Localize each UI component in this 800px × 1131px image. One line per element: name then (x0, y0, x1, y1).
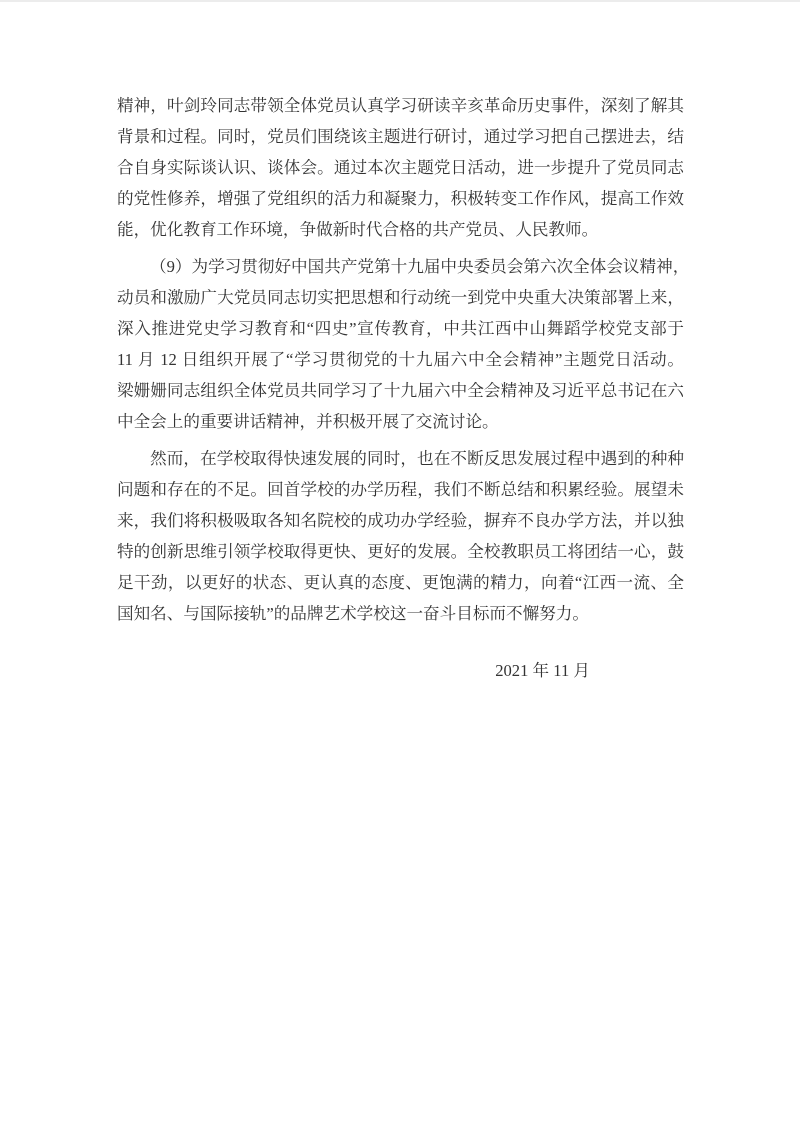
text-line: 能，优化教育工作环境，争做新时代合格的共产党员、人民教师。 (117, 214, 684, 245)
text-line: 的党性修养，增强了党组织的活力和凝聚力，积极转变工作作风，提高工作效 (117, 183, 684, 214)
document-body: 精神，叶剑玲同志带领全体党员认真学习研读辛亥革命历史事件，深刻了解其背景和过程。… (117, 90, 684, 686)
text-line: 足干劲，以更好的状态、更认真的态度、更饱满的精力，向着“江西一流、全 (117, 567, 684, 598)
text-line: 问题和存在的不足。回首学校的办学历程，我们不断总结和积累经验。展望未 (117, 474, 684, 505)
text-line: 中全会上的重要讲话精神，并积极开展了交流讨论。 (117, 406, 684, 437)
paragraph: 然而，在学校取得快速发展的同时，也在不断反思发展过程中遇到的种种问题和存在的不足… (117, 443, 684, 629)
paragraphs-container: 精神，叶剑玲同志带领全体党员认真学习研读辛亥革命历史事件，深刻了解其背景和过程。… (117, 90, 684, 629)
paragraph: （9）为学习贯彻好中国共产党第十九届中央委员会第六次全体会议精神，动员和激励广大… (117, 251, 684, 437)
text-line: 然而，在学校取得快速发展的同时，也在不断反思发展过程中遇到的种种 (117, 443, 684, 474)
text-line: 背景和过程。同时，党员们围绕该主题进行研讨，通过学习把自己摆进去，结 (117, 121, 684, 152)
text-line: 动员和激励广大党员同志切实把思想和行动统一到党中央重大决策部署上来， (117, 282, 684, 313)
text-line: 梁姗姗同志组织全体党员共同学习了十九届六中全会精神及习近平总书记在六 (117, 375, 684, 406)
text-line: 精神，叶剑玲同志带领全体党员认真学习研读辛亥革命历史事件，深刻了解其 (117, 90, 684, 121)
text-line: 国知名、与国际接轨”的品牌艺术学校这一奋斗目标而不懈努力。 (117, 598, 684, 629)
text-line: 11 月 12 日组织开展了“学习贯彻党的十九届六中全会精神”主题党日活动。 (117, 344, 684, 375)
text-line: 来，我们将积极吸取各知名院校的成功办学经验，摒弃不良办学方法，并以独 (117, 505, 684, 536)
document-page: 精神，叶剑玲同志带领全体党员认真学习研读辛亥革命历史事件，深刻了解其背景和过程。… (0, 0, 800, 1131)
paragraph: 精神，叶剑玲同志带领全体党员认真学习研读辛亥革命历史事件，深刻了解其背景和过程。… (117, 90, 684, 245)
text-line: （9）为学习贯彻好中国共产党第十九届中央委员会第六次全体会议精神， (117, 251, 684, 282)
date-line: 2021 年 11 月 (117, 655, 684, 686)
text-line: 合自身实际谈认识、谈体会。通过本次主题党日活动，进一步提升了党员同志 (117, 152, 684, 183)
text-line: 特的创新思维引领学校取得更快、更好的发展。全校教职员工将团结一心，鼓 (117, 536, 684, 567)
text-line: 深入推进党史学习教育和“四史”宣传教育，中共江西中山舞蹈学校党支部于 (117, 313, 684, 344)
